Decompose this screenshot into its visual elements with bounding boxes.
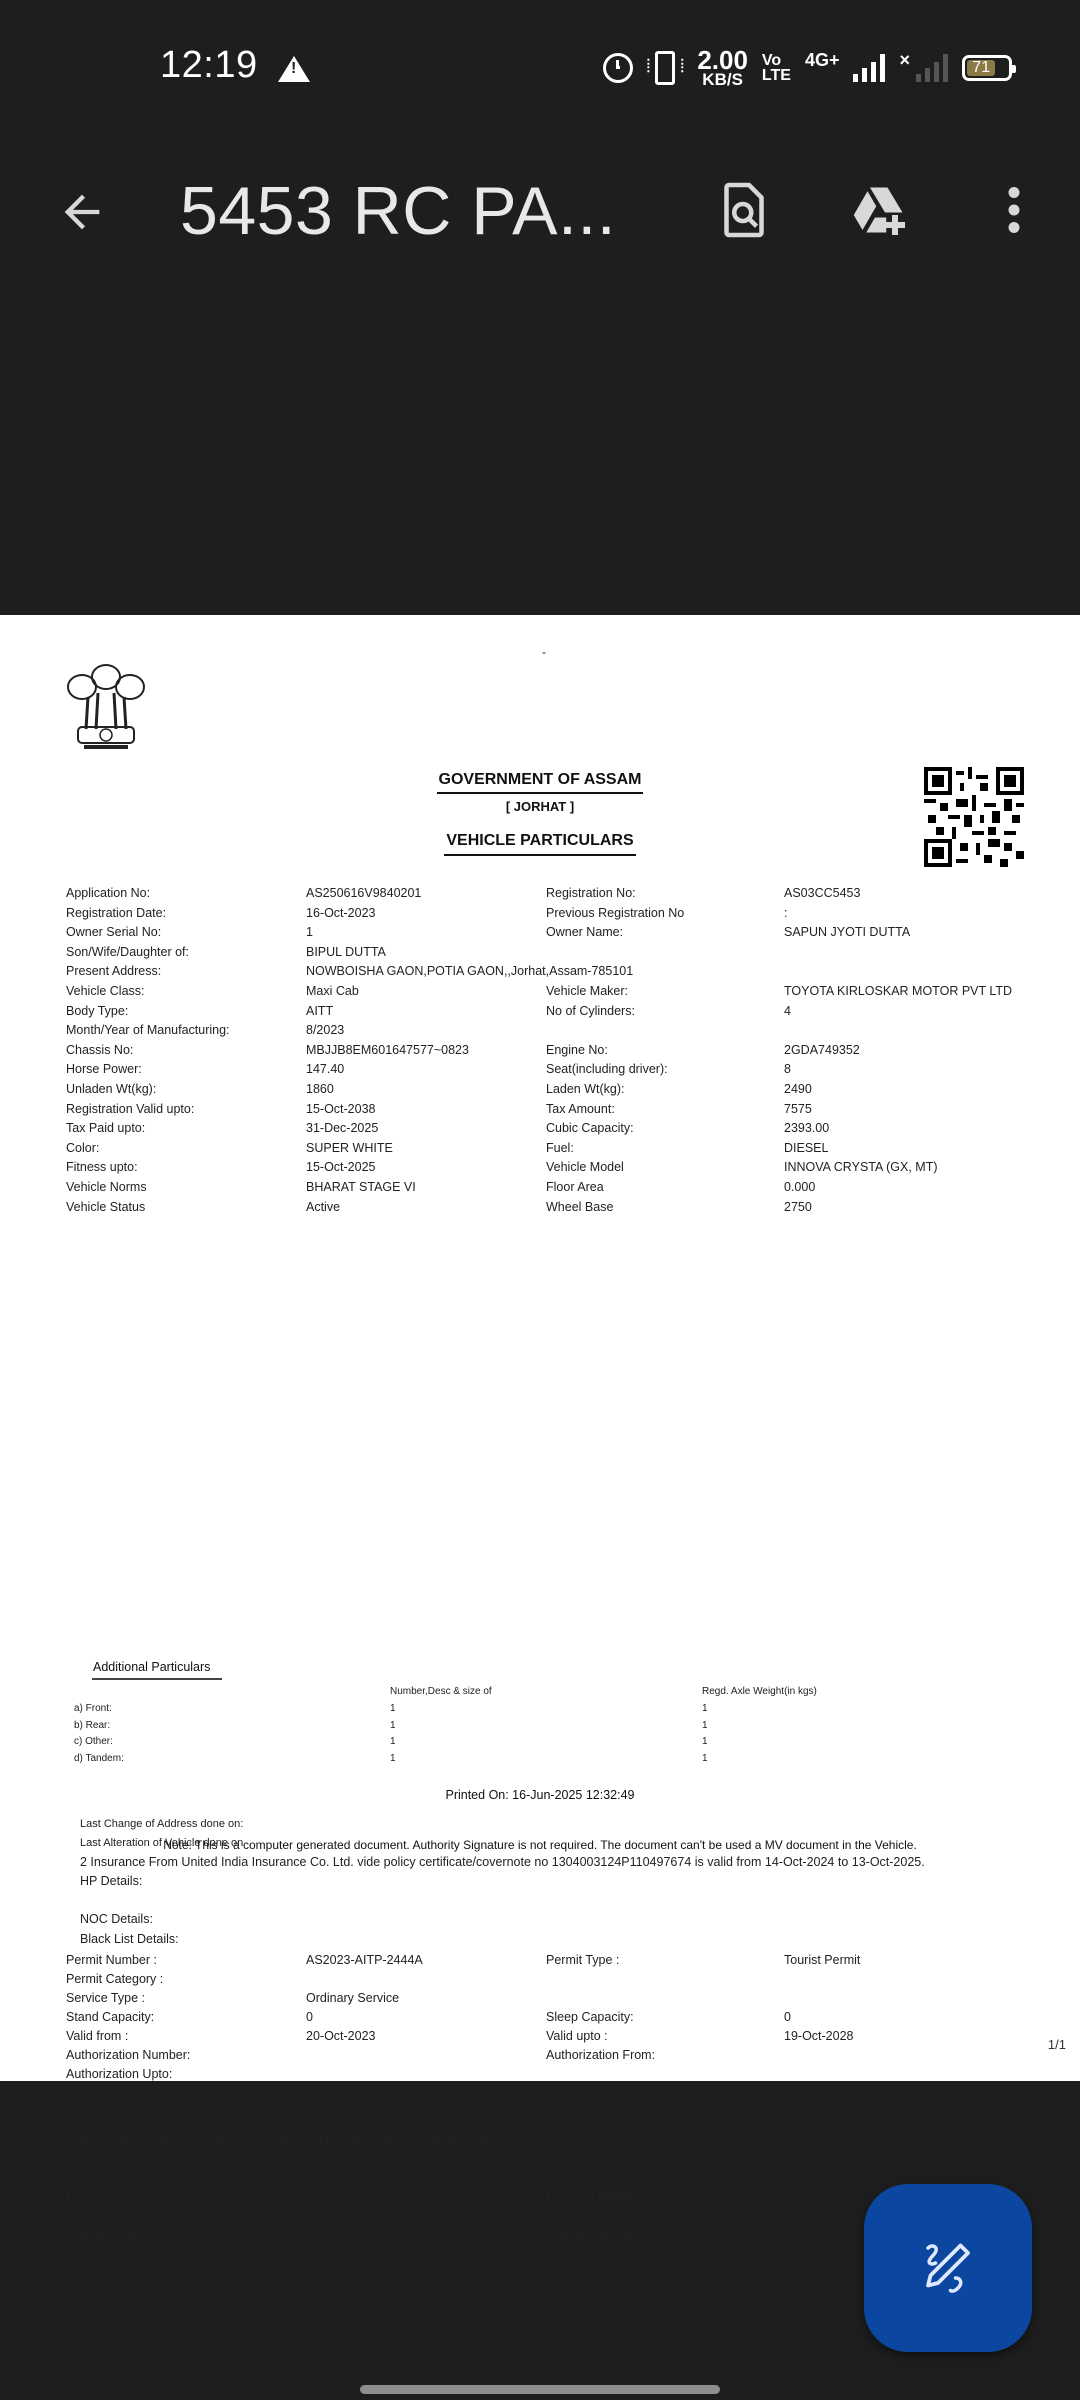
label-1: Old State xyxy=(66,2209,118,2223)
detail-row: Unladen Wt(kg):1860Laden Wt(kg):2490 xyxy=(66,1082,1046,1102)
label-1: Authorization Number: xyxy=(66,2048,190,2062)
cell-weight: 1 xyxy=(702,1753,708,1764)
signal-icon xyxy=(853,54,885,82)
mobile-row: Mobile No: 9864477067 xyxy=(80,2097,1060,2117)
value-1: 31-Dec-2025 xyxy=(306,1121,378,1135)
value-2: 19-Oct-2028 xyxy=(784,2029,853,2043)
value-1: 1860 xyxy=(306,1082,334,1096)
value-2: TOYOTA KIRLOSKAR MOTOR PVT LTD xyxy=(784,984,1012,998)
label-2: Registration No: xyxy=(546,886,636,900)
detail-row: Color:SUPER WHITEFuel:DIESEL xyxy=(66,1141,1046,1161)
cell-weight: 1 xyxy=(702,1703,708,1714)
cell-label: b) Rear: xyxy=(74,1720,110,1731)
detail-row: Authorization Upto: xyxy=(66,2067,1046,2087)
label-2: Authorization From: xyxy=(546,2048,655,2062)
value-2: AS03CC5453 xyxy=(784,886,860,900)
label-1: Stand Capacity: xyxy=(66,2010,154,2024)
cell-number: 1 xyxy=(390,1703,396,1714)
page-indicator: 1/1 xyxy=(1048,2037,1066,2052)
label-2: Vehicle Maker: xyxy=(546,984,628,998)
detail-row: Permit Category : xyxy=(66,1972,1046,1992)
value-1: AS2023-AITP-2444A xyxy=(306,1953,423,1967)
label-2: Sleep Capacity: xyxy=(546,2010,634,2024)
label-1: Month/Year of Manufacturing: xyxy=(66,1023,230,1037)
value-1: NOWBOISHA GAON,POTIA GAON,,Jorhat,Assam-… xyxy=(306,964,633,978)
label-1: Chassis No: xyxy=(66,1043,133,1057)
insurance-details: 2 Insurance From United India Insurance … xyxy=(80,1855,1060,1875)
label-1: Unladen Wt(kg): xyxy=(66,1082,156,1096)
detail-row: Valid from :20-Oct-2023Valid upto :19-Oc… xyxy=(66,2029,1046,2049)
value-2: 2393.00 xyxy=(784,1121,829,1135)
last-change-address: Last Change of Address done on: xyxy=(80,1818,1060,1838)
label-2: Engine No: xyxy=(546,1043,608,1057)
label-1: Color: xyxy=(66,1141,99,1155)
header-district: [ JORHAT ] xyxy=(0,799,1080,814)
value-1: AITT xyxy=(306,1004,333,1018)
label-1: Vehicle Norms xyxy=(66,1180,147,1194)
detail-row: Month/Year of Manufacturing:8/2023 xyxy=(66,1023,1046,1043)
detail-row: Vehicle NormsBHARAT STAGE VIFloor Area0.… xyxy=(66,1180,1046,1200)
fee-receipt: Particular Fee Rs. 10/- paid vide cash r… xyxy=(80,2134,1060,2154)
value-2: 2GDA749352 xyxy=(784,1043,860,1057)
cell-label: c) Other: xyxy=(74,1736,113,1747)
detail-row: Service Type :Ordinary Service xyxy=(66,1991,1046,2011)
value-1: Maxi Cab xyxy=(306,984,359,998)
draw-pen-icon xyxy=(918,2238,978,2298)
column-header: Regd. Axle Weight(in kgs) xyxy=(702,1686,817,1697)
label-1: Permit Category : xyxy=(66,1972,163,1986)
label-1: Vehicle Status xyxy=(66,1200,145,1214)
value-1: 0 xyxy=(306,2010,313,2024)
cell-weight: 1 xyxy=(702,1720,708,1731)
value-1: MBJJB8EM601647577~0823 xyxy=(306,1043,469,1057)
header-government: GOVERNMENT OF ASSAM xyxy=(0,771,1080,789)
additional-particulars-heading: Additional Particulars xyxy=(93,1660,222,1680)
label-1: Registration Valid upto: xyxy=(66,1102,194,1116)
more-vert-icon[interactable] xyxy=(984,180,1044,240)
value-1: BHARAT STAGE VI xyxy=(306,1180,416,1194)
label-2: Laden Wt(kg): xyxy=(546,1082,625,1096)
value-1: 15-Oct-2038 xyxy=(306,1102,375,1116)
battery-level: 71 xyxy=(967,60,995,76)
value-1: 1 xyxy=(306,925,313,939)
value-2: 8 xyxy=(784,1062,791,1076)
drive-add-icon[interactable] xyxy=(850,180,910,240)
label-2: Valid upto : xyxy=(546,2029,608,2043)
network-speed-unit: KB/S xyxy=(702,72,743,88)
sim2-no-signal-mark: × xyxy=(899,51,910,69)
detail-row: Body Type:AITTNo of Cylinders:4 xyxy=(66,1004,1046,1024)
document-search-icon[interactable] xyxy=(714,180,774,240)
label-2: Entry Date xyxy=(546,2209,605,2223)
cell-number: 1 xyxy=(390,1753,396,1764)
value-1: : xyxy=(306,2209,309,2223)
label-2: Wheel Base xyxy=(546,1200,613,1214)
government-text: GOVERNMENT OF ASSAM xyxy=(437,771,644,794)
label-2: Previous Registration No xyxy=(546,906,684,920)
detail-row: Son/Wife/Daughter of:BIPUL DUTTA xyxy=(66,945,1046,965)
label-2: Conversion Date xyxy=(546,2228,639,2242)
value-2: 0.000 xyxy=(784,1180,815,1194)
value-2: 2750 xyxy=(784,1200,812,1214)
value-1: 15-Oct-2025 xyxy=(306,1160,375,1174)
label-1: Transfer Date xyxy=(66,2228,142,2242)
value-1: Ordinary Service xyxy=(306,1991,399,2005)
national-emblem-icon xyxy=(56,657,156,757)
value-1: AS250616V9840201 xyxy=(306,886,421,900)
blacklist-details: Black List Details: xyxy=(80,1932,1060,1952)
value-2: SAPUN JYOTI DUTTA xyxy=(784,925,910,939)
value-1: Active xyxy=(306,1200,340,1214)
detail-row: Registration Valid upto:15-Oct-2038Tax A… xyxy=(66,1102,1046,1122)
annotate-fab-button[interactable] xyxy=(864,2184,1032,2352)
volte-icon: Vo LTE xyxy=(762,53,791,83)
value-1: SUPER WHITE xyxy=(306,1141,393,1155)
detail-row: Permit Number :AS2023-AITP-2444APermit T… xyxy=(66,1953,1046,1973)
value-2: 4 xyxy=(784,1004,791,1018)
detail-row: Horse Power:147.40Seat(including driver)… xyxy=(66,1062,1046,1082)
detail-row: Vehicle StatusActiveWheel Base2750 xyxy=(66,1200,1046,1220)
detail-row: Authorization Number:Authorization From: xyxy=(66,2048,1046,2068)
label-1: Present Address: xyxy=(66,964,161,978)
cell-weight: 1 xyxy=(702,1736,708,1747)
volte-top: Vo xyxy=(762,53,791,68)
label-1: Registration Date: xyxy=(66,906,166,920)
mobile-value: 9864477067 xyxy=(552,2097,613,2109)
detail-row: Chassis No:MBJJB8EM601647577~0823Engine … xyxy=(66,1043,1046,1063)
cell-number: 1 xyxy=(390,1720,396,1731)
value-2: : xyxy=(784,906,787,920)
warning-icon xyxy=(278,56,310,82)
cell-label: d) Tandem: xyxy=(74,1753,124,1764)
mobile-label: Mobile No: xyxy=(80,2097,133,2109)
top-mark: - xyxy=(542,645,546,659)
value-2: INNOVA CRYSTA (GX, MT) xyxy=(784,1160,938,1174)
back-arrow-icon[interactable] xyxy=(56,186,108,238)
value-1: 147.40 xyxy=(306,1062,344,1076)
label-2: Permit Type : xyxy=(546,1953,619,1967)
label-2: No of Cylinders: xyxy=(546,1004,635,1018)
label-1: Service Type : xyxy=(66,1991,145,2005)
detail-row: Application No:AS250616V9840201Registrat… xyxy=(66,886,1046,906)
cell-number: 1 xyxy=(390,1736,396,1747)
label-1: Previous Owner xyxy=(66,2190,155,2204)
label-1: Horse Power: xyxy=(66,1062,142,1076)
column-header: Number,Desc & size of xyxy=(390,1686,492,1697)
gesture-nav-bar[interactable] xyxy=(360,2385,720,2394)
label-2: Vehicle Model xyxy=(546,1160,624,1174)
label-1: Authorization Upto: xyxy=(66,2067,172,2081)
value-2: DIESEL xyxy=(784,1141,828,1155)
noc-details: NOC Details: xyxy=(80,1912,1060,1932)
document-title: 5453 RC PA... xyxy=(180,172,616,250)
value-1: : xyxy=(306,2228,309,2242)
value-1: 16-Oct-2023 xyxy=(306,906,375,920)
label-1: Tax Paid upto: xyxy=(66,1121,145,1135)
label-1: Vehicle Class: xyxy=(66,984,145,998)
status-bar: 12:19 2.00 KB/S Vo LTE 4G+ × 71 xyxy=(0,0,1080,130)
label-2: Fuel: xyxy=(546,1141,574,1155)
label-1: Permit Number : xyxy=(66,1953,157,1967)
network-type: 4G+ xyxy=(805,51,840,69)
detail-row: Vehicle Class:Maxi CabVehicle Maker:TOYO… xyxy=(66,984,1046,1004)
vibrate-icon xyxy=(655,51,675,85)
pdf-page[interactable]: - GOVERNMENT OF ASSAM [ JORHAT ] VEHICLE… xyxy=(0,615,1080,2081)
detail-row: Owner Serial No:1Owner Name:SAPUN JYOTI … xyxy=(66,925,1046,945)
value-2: 0 xyxy=(784,2010,791,2024)
label-2: Previous RegNo xyxy=(546,2190,637,2204)
detail-row: Present Address:NOWBOISHA GAON,POTIA GAO… xyxy=(66,964,1046,984)
label-1: Application No: xyxy=(66,886,150,900)
printed-on: Printed On: 16-Jun-2025 12:32:49 xyxy=(0,1788,1080,1802)
value-1: 20-Oct-2023 xyxy=(306,2029,375,2043)
value-1: BIPUL DUTTA xyxy=(306,945,386,959)
label-2: Tax Amount: xyxy=(546,1102,615,1116)
value-2: : xyxy=(784,2228,787,2242)
network-speed: 2.00 KB/S xyxy=(697,48,748,89)
volte-bottom: LTE xyxy=(762,68,791,83)
cell-label: a) Front: xyxy=(74,1703,112,1714)
detail-row: Registration Date:16-Oct-2023Previous Re… xyxy=(66,906,1046,926)
alarm-icon xyxy=(603,53,633,83)
battery-icon: 71 xyxy=(962,55,1012,81)
value-2: 2490 xyxy=(784,1082,812,1096)
email-label: Email Id: xyxy=(80,2116,1060,2136)
value-1: 8/2023 xyxy=(306,1023,344,1037)
label-1: Owner Serial No: xyxy=(66,925,161,939)
label-1: Valid from : xyxy=(66,2029,128,2043)
label-2: Owner Name: xyxy=(546,925,623,939)
detail-row: Tax Paid upto:31-Dec-2025Cubic Capacity:… xyxy=(66,1121,1046,1141)
vehicle-particulars-title: VEHICLE PARTICULARS xyxy=(444,832,635,856)
document-note: Note: This is a computer generated docum… xyxy=(0,1838,1080,1852)
value-2: Tourist Permit xyxy=(784,1953,860,1967)
status-time: 12:19 xyxy=(160,44,258,87)
label-1: Fitness upto: xyxy=(66,1160,138,1174)
label-2: Seat(including driver): xyxy=(546,1062,668,1076)
detail-row: Stand Capacity:0Sleep Capacity:0 xyxy=(66,2010,1046,2030)
label-2: Floor Area xyxy=(546,1180,604,1194)
value-2: 7575 xyxy=(784,1102,812,1116)
label-1: Son/Wife/Daughter of: xyxy=(66,945,189,959)
value-2: : xyxy=(784,2190,787,2204)
network-speed-value: 2.00 xyxy=(697,48,748,73)
header-vehicle-particulars: VEHICLE PARTICULARS xyxy=(0,832,1080,850)
value-2: : xyxy=(784,2209,787,2223)
app-bar: 5453 RC PA... xyxy=(0,160,1080,260)
label-1: Body Type: xyxy=(66,1004,128,1018)
signal-sim2-icon xyxy=(916,54,948,82)
value-1: : xyxy=(306,2190,309,2204)
label-2: Cubic Capacity: xyxy=(546,1121,634,1135)
hp-details: HP Details: xyxy=(80,1874,1060,1894)
detail-row: Fitness upto:15-Oct-2025Vehicle ModelINN… xyxy=(66,1160,1046,1180)
